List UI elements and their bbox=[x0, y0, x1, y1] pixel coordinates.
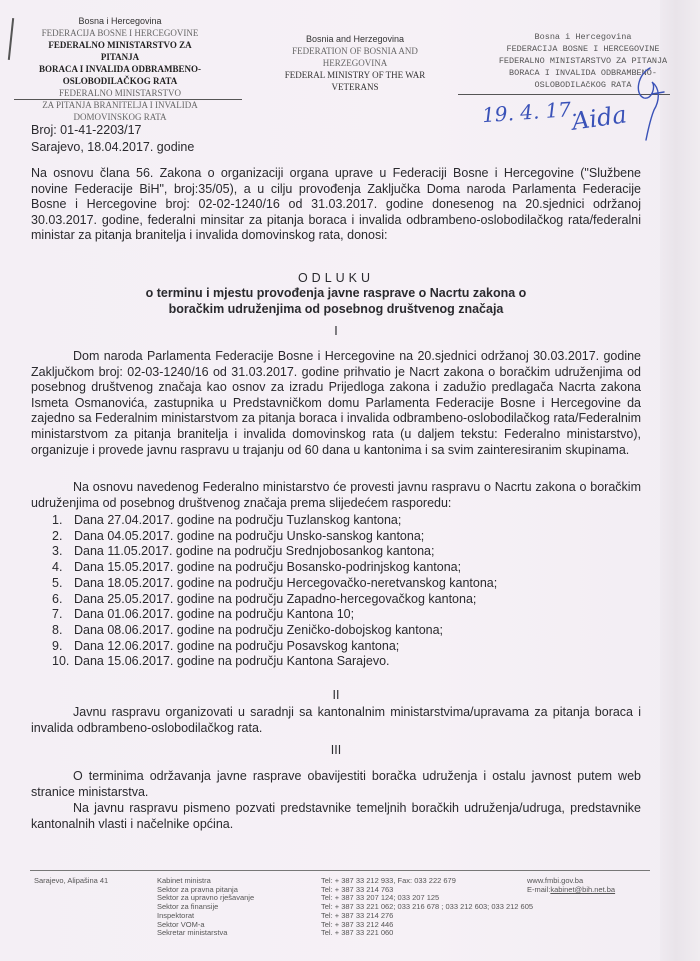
footer-contact: www.fmbi.gov.ba E-mail:kabinet@bih.net.b… bbox=[527, 877, 615, 894]
header-ministry-alt-line: FEDERALNO MINISTARSTVO bbox=[30, 87, 210, 99]
section-number-2: II bbox=[31, 688, 641, 702]
schedule-item-text: Dana 25.05.2017. godine na području Zapa… bbox=[74, 592, 476, 608]
schedule-item-text: Dana 08.06.2017. godine na području Zeni… bbox=[74, 623, 443, 639]
header-divider bbox=[14, 99, 242, 100]
section-1-paragraph-2: Na osnovu navedenog Federalno ministarst… bbox=[31, 480, 641, 511]
schedule-item-number: 2. bbox=[52, 529, 68, 545]
section-number-1: I bbox=[31, 324, 641, 338]
footer-address: Sarajevo, Alipašina 41 bbox=[34, 877, 108, 886]
header-ministry-alt-line: ZA PITANJA BRANITELJA I INVALIDA bbox=[30, 99, 210, 111]
signature-icon bbox=[630, 64, 666, 144]
schedule-item: 2.Dana 04.05.2017. godine na području Un… bbox=[52, 529, 497, 545]
schedule-item: 6.Dana 25.05.2017. godine na području Za… bbox=[52, 592, 497, 608]
footer-email-link[interactable]: kabinet@bih.net.ba bbox=[550, 885, 615, 894]
schedule-item: 3.Dana 11.05.2017. godine na području Sr… bbox=[52, 544, 497, 560]
schedule-item-number: 6. bbox=[52, 592, 68, 608]
schedule-item-text: Dana 15.06.2017. godine na području Kant… bbox=[74, 654, 390, 670]
header-federation: FEDERACIJA BOSNE I HERCEGOVINE bbox=[30, 27, 210, 39]
schedule-item-text: Dana 11.05.2017. godine na području Sred… bbox=[74, 544, 434, 560]
header-country: Bosna i Hercegovina bbox=[78, 16, 161, 26]
schedule-item: 1.Dana 27.04.2017. godine na području Tu… bbox=[52, 513, 497, 529]
header-country: Bosnia and Herzegovina bbox=[306, 34, 404, 44]
header-federation: FEDERATION OF BOSNIA AND HERZEGOVINA bbox=[270, 45, 440, 69]
reference-place-date: Sarajevo, 18.04.2017. godine bbox=[31, 139, 194, 156]
header-ministry-line: FEDERALNO MINISTARSTVO ZA PITANJA bbox=[30, 39, 210, 63]
section-number-3: III bbox=[31, 743, 641, 757]
footer-phones: Tel: + 387 33 212 933, Fax: 033 222 679T… bbox=[321, 877, 533, 938]
schedule-item: 5.Dana 18.05.2017. godine na području He… bbox=[52, 576, 497, 592]
schedule-item: 9.Dana 12.06.2017. godine na području Po… bbox=[52, 639, 497, 655]
intro-paragraph: Na osnovu člana 56. Zakona o organizacij… bbox=[31, 166, 641, 244]
header-ministry-line: OSLOBODILAČKOG RATA bbox=[30, 75, 210, 87]
schedule-item-number: 9. bbox=[52, 639, 68, 655]
page-edge-shadow bbox=[660, 0, 700, 961]
schedule-item-text: Dana 18.05.2017. godine na području Herc… bbox=[74, 576, 497, 592]
header-country: Bosna i Hercegovina bbox=[478, 31, 688, 43]
pen-margin-mark bbox=[8, 18, 14, 60]
document-reference: Broj: 01-41-2203/17 Sarajevo, 18.04.2017… bbox=[31, 122, 194, 156]
section-2-paragraph: Javnu raspravu organizovati u saradnji s… bbox=[31, 705, 641, 736]
schedule-item: 8.Dana 08.06.2017. godine na području Ze… bbox=[52, 623, 497, 639]
schedule-item-text: Dana 27.04.2017. godine na području Tuzl… bbox=[74, 513, 401, 529]
footer-email: E-mail:kabinet@bih.net.ba bbox=[527, 886, 615, 895]
schedule-item-number: 1. bbox=[52, 513, 68, 529]
handwritten-name: Aida bbox=[570, 100, 628, 135]
schedule-item: 4.Dana 15.05.2017. godine na području Bo… bbox=[52, 560, 497, 576]
footer-divider bbox=[30, 870, 650, 871]
section-1-paragraph-1: Dom naroda Parlamenta Federacije Bosne i… bbox=[31, 349, 641, 458]
decision-subtitle: o terminu i mjestu provođenja javne rasp… bbox=[31, 285, 641, 317]
schedule-item-text: Dana 01.06.2017. godine na području Kant… bbox=[74, 607, 354, 623]
header-ministry-line: BORACA I INVALIDA ODBRAMBENO- bbox=[30, 63, 210, 75]
decision-subtitle-line: boračkim udruženjima od posebnog društve… bbox=[31, 301, 641, 317]
reference-number: Broj: 01-41-2203/17 bbox=[31, 122, 194, 139]
header-bosnian: Bosna i Hercegovina FEDERACIJA BOSNE I H… bbox=[30, 15, 210, 123]
schedule-item-number: 7. bbox=[52, 607, 68, 623]
document-page: Bosna i Hercegovina FEDERACIJA BOSNE I H… bbox=[0, 0, 700, 961]
schedule-item-number: 3. bbox=[52, 544, 68, 560]
schedule-item-text: Dana 15.05.2017. godine na području Bosa… bbox=[74, 560, 461, 576]
schedule-list: 1.Dana 27.04.2017. godine na području Tu… bbox=[52, 513, 497, 670]
footer-sectors: Kabinet ministraSektor za pravna pitanja… bbox=[157, 877, 254, 938]
header-line: FEDERACIJA BOSNE I HERCEGOVINE bbox=[478, 43, 688, 55]
footer-sector: Sekretar ministarstva bbox=[157, 929, 254, 938]
header-english: Bosnia and Herzegovina FEDERATION OF BOS… bbox=[270, 33, 440, 93]
decision-title: ODLUKU bbox=[31, 270, 641, 286]
footer-email-label: E-mail: bbox=[527, 885, 550, 894]
header-ministry: FEDERAL MINISTRY OF THE WAR VETERANS bbox=[270, 69, 440, 93]
handwritten-date: 19. 4. 17. bbox=[481, 97, 578, 128]
footer-phone: Tel. + 387 33 221 060 bbox=[321, 929, 533, 938]
schedule-item-text: Dana 04.05.2017. godine na području Unsk… bbox=[74, 529, 424, 545]
schedule-item-text: Dana 12.06.2017. godine na području Posa… bbox=[74, 639, 399, 655]
schedule-item-number: 4. bbox=[52, 560, 68, 576]
schedule-item: 10.Dana 15.06.2017. godine na području K… bbox=[52, 654, 497, 670]
schedule-item: 7.Dana 01.06.2017. godine na području Ka… bbox=[52, 607, 497, 623]
decision-subtitle-line: o terminu i mjestu provođenja javne rasp… bbox=[31, 285, 641, 301]
section-3-paragraph-2: Na javnu raspravu pismeno pozvati predst… bbox=[31, 801, 641, 832]
schedule-item-number: 8. bbox=[52, 623, 68, 639]
schedule-item-number: 5. bbox=[52, 576, 68, 592]
section-3-paragraph-1: O terminima održavanja javne rasprave ob… bbox=[31, 769, 641, 800]
schedule-item-number: 10. bbox=[52, 654, 68, 670]
